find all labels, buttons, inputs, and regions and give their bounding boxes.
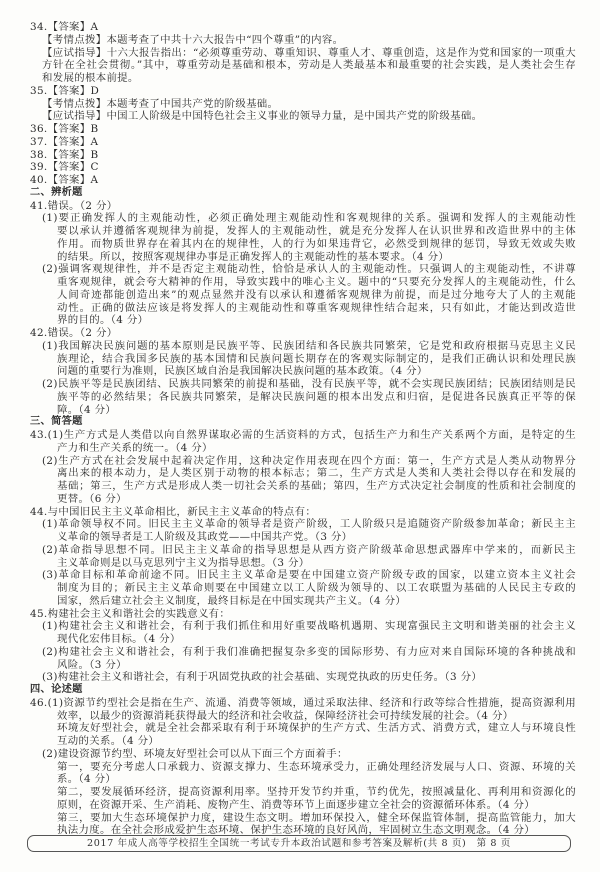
text-line: 和发展的根本前提。	[30, 72, 576, 85]
footer-text: 2017 年成人高等学校招生全国统一考试专升本政治试题和参考答案及解析(共 8 …	[87, 838, 511, 849]
text-line: 35.【答案】D	[30, 85, 576, 98]
text-line: (3)革命目标和革命前途不同。旧民主主义革命是要在中国建立资产阶级专政的国家，以…	[30, 569, 576, 582]
text-line: 互动的关系。（4 分）	[30, 735, 576, 748]
text-line: 国家，然后建立社会主义制度，最终目标是在中国实现共产主义。（4 分）	[30, 595, 576, 608]
text-line: 风险。（3 分）	[30, 659, 576, 672]
text-line: (2)构建社会主义和谐社会，有利于我们准确把握复杂多变的国际形势、有力应对来自国…	[30, 646, 576, 659]
text-line: 【考情点拨】本题考查了中国共产党的阶级基础。	[30, 98, 576, 111]
text-line: 43.(1)生产方式是人类借以向自然界谋取必需的生活资料的方式，包括生产力和生产…	[30, 429, 576, 442]
text-line: 第二，要发展循环经济，提高资源利用率。坚持开发节约并重，节约优先，按照减量化、再…	[30, 786, 576, 799]
text-line: 40.【答案】A	[30, 174, 576, 187]
text-line: 界的目的。（4 分）	[30, 314, 576, 327]
text-line: 现代化宏伟目标。（4 分）	[30, 633, 576, 646]
page-footer: 2017 年成人高等学校招生全国统一考试专升本政治试题和参考答案及解析(共 8 …	[27, 835, 571, 852]
text-line: (2)强调客观规律性，并不是否定主观能动性，恰恰是承认人的主观能动性。只强调人的…	[30, 263, 576, 276]
text-line: (1)革命领导权不同。旧民主主义革命的领导者是资产阶级，工人阶级只是追随资产阶级…	[30, 518, 576, 531]
text-line: 障。（4 分）	[30, 404, 576, 417]
text-line: 动性。正确的做法应该是将发挥人的主观能动性和尊重客观规律性结合起来，只有如此，才…	[30, 302, 576, 315]
text-line: 的结果。所以，按照客观规律办事是正确发挥人的主观能动性的基本要求。（4 分）	[30, 251, 576, 264]
text-line: 离出来的根本动力，是人类区别于动物的根本标志；第二，生产方式是人类和人类社会得以…	[30, 467, 576, 480]
text-line: (2)建设资源节约型、环境友好型社会可以从下面三个方面着手：	[30, 748, 576, 761]
text-line: (1)我国解决民族问题的基本原则是民族平等、民族团结和各民族共同繁荣，它是党和政…	[30, 340, 576, 353]
text-line: 46.(1)资源节约型社会是指在生产、流通、消费等领域，通过采取法律、经济和行政…	[30, 697, 576, 710]
text-line: (2)生产方式在社会发展中起着决定作用，这种决定作用表现在四个方面：第一，生产方…	[30, 455, 576, 468]
text-line: 制度为目的；新民主主义革命则要在中国建立以工人阶级为领导的、以工农联盟为基础的人…	[30, 582, 576, 595]
text-line: 42.错误。（2 分）	[30, 327, 576, 340]
text-line: (1)构建社会主义和谐社会，有利于我们抓住和用好重要战略机遇期、实现富强民主文明…	[30, 620, 576, 633]
text-line: 45.构建社会主义和谐社会的实践意义有：	[30, 608, 576, 621]
text-line: 环境友好型社会，就是全社会都采取有利于环境保护的生产方式、生活方式、消费方式，建…	[30, 722, 576, 735]
text-line: 34.【答案】A	[30, 21, 576, 34]
text-line: (3)构建社会主义和谐社会，有利于巩固党执政的社会基础、实现党执政的历史任务。（…	[30, 671, 576, 684]
text-line: 产力和生产关系的统一。（4 分）	[30, 442, 576, 455]
text-line: 要以承认并遵循客观规律为前提，发挥人的主观能动性，就是充分发挥人在认识世界和改造…	[30, 225, 576, 238]
text-line: 效率，以最少的资源消耗获得最大的经济和社会收益，保障经济社会可持续发展的社会。（…	[30, 710, 576, 723]
text-line: 主义革命则是以马克思列宁主义为指导思想。（3 分）	[30, 557, 576, 570]
text-line: 族理论，结合我国多民族的基本国情和民族问题长期存在的客观实际制定的，是我们正确认…	[30, 353, 576, 366]
text-line: 原则，在资源开采、生产消耗、废物产生、消费等环节上面逐步建立全社会的资源循环体系…	[30, 799, 576, 812]
text-line: 系。（4 分）	[30, 773, 576, 786]
text-line: 族平等的必然结果；各民族共同繁荣，是解决民族问题的根本出发点和归宿，是促进各民族…	[30, 391, 576, 404]
text-line: 36.【答案】B	[30, 123, 576, 136]
text-line: 义革命的领导者是工人阶级及其政党——中国共产党。（3 分）	[30, 531, 576, 544]
text-line: 【应试指导】十六大报告指出：“必须尊重劳动、尊重知识、尊重人才、尊重创造，这是作…	[30, 47, 576, 60]
text-line: (1)要正确发挥人的主观能动性，必须正确处理主观能动性和客观规律的关系。强调和发…	[30, 212, 576, 225]
section-heading: 二、辨析题	[30, 187, 576, 200]
text-line: (2)民族平等是民族团结、民族共同繁荣的前提和基础，没有民族平等，就不会实现民族…	[30, 378, 576, 391]
text-line: 41.错误。（2 分）	[30, 200, 576, 213]
text-line: 39.【答案】C	[30, 161, 576, 174]
answer-document: 34.【答案】A【考情点拨】本题考查了中共十六大报告中“四个尊重”的内容。【应试…	[30, 21, 576, 837]
text-line: 【考情点拨】本题考查了中共十六大报告中“四个尊重”的内容。	[30, 34, 576, 47]
text-line: 基础；第三，生产方式是形成人类一切社会关系的基础；第四，生产方式决定社会制度的性…	[30, 480, 576, 493]
text-line: 方针在全社会贯彻。”其中，尊重劳动是基础和根本，劳动是人类最基本和最重要的社会实…	[30, 59, 576, 72]
text-line: 重客观规律，就会夸大精神的作用，导致实践中的唯心主义。题中的“只要充分发挥人的主…	[30, 276, 576, 289]
text-line: 37.【答案】A	[30, 136, 576, 149]
text-line: 第三，要加大生态环境保护力度，建设生态文明。增加环保投入，健全环保监管体制，提高…	[30, 812, 576, 825]
text-line: 作用。而物质世界存在着其内在的规律性，人的行为如果违背它，必然受到规律的惩罚，导…	[30, 238, 576, 251]
text-line: 38.【答案】B	[30, 149, 576, 162]
text-line: 【应试指导】中国工人阶级是中国特色社会主义事业的领导力量，是中国共产党的阶级基础…	[30, 110, 576, 123]
text-line: 人间奇迹都能创造出来”的观点显然并没有以承认和遵循客观规律为前提，而是过分地夸大…	[30, 289, 576, 302]
text-line: 第一，要充分考虑人口承载力、资源支撑力、生态环境承受力，正确处理经济发展与人口、…	[30, 761, 576, 774]
text-line: 44.与中国旧民主主义革命相比，新民主主义革命的特点有：	[30, 506, 576, 519]
section-heading: 四、论述题	[30, 684, 576, 697]
text-line: 问题的重要行为准则，民族区域自治是我国解决民族问题的基本政策。（4 分）	[30, 365, 576, 378]
section-heading: 三、简答题	[30, 416, 576, 429]
text-line: 更替。（6 分）	[30, 493, 576, 506]
text-line: (2)革命指导思想不同。旧民主主义革命的指导思想是从西方资产阶级革命思想武器库中…	[30, 544, 576, 557]
